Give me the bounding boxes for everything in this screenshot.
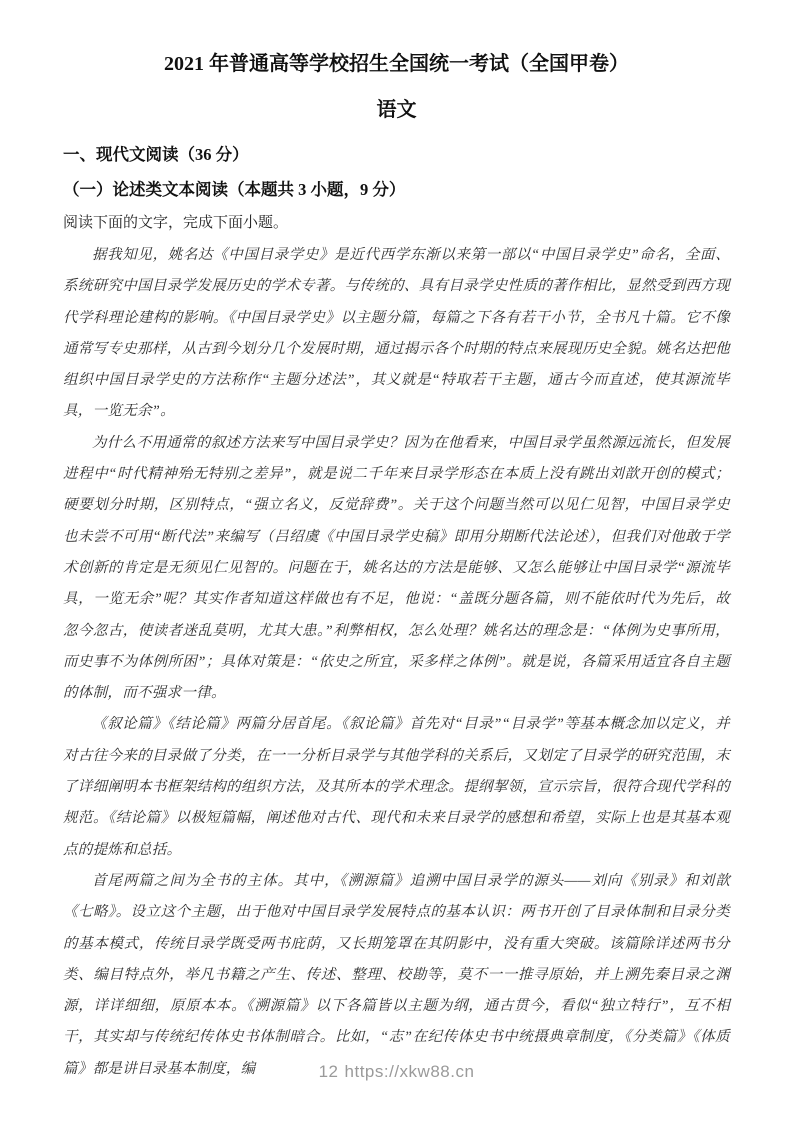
page-number: 12 — [316, 1062, 342, 1081]
passage-paragraph-3: 《叙论篇》《结论篇》两篇分居首尾。《叙论篇》首先对“目录”“目录学”等基本概念加… — [63, 709, 730, 865]
document-subtitle: 语文 — [63, 97, 730, 123]
section-heading-modern-reading: 一、现代文阅读（36 分） — [63, 144, 730, 166]
exam-document-page: 2021 年普通高等学校招生全国统一考试（全国甲卷） 语文 一、现代文阅读（36… — [0, 0, 793, 1122]
subsection-heading-argumentative-reading: （一）论述类文本阅读（本题共 3 小题，9 分） — [63, 179, 730, 201]
passage-paragraph-2: 为什么不用通常的叙述方法来写中国目录学史？因为在他看来，中国目录学虽然源远流长，… — [63, 428, 730, 710]
page-footer: 12https://xkw88.cn — [0, 1062, 793, 1082]
footer-watermark-url: https://xkw88.cn — [342, 1062, 478, 1081]
reading-passage: 据我知见，姚名达《中国目录学史》是近代西学东渐以来第一部以“中国目录学史”命名，… — [63, 240, 730, 1085]
document-title: 2021 年普通高等学校招生全国统一考试（全国甲卷） — [63, 50, 730, 78]
reading-instruction: 阅读下面的文字，完成下面小题。 — [63, 212, 730, 234]
passage-paragraph-4: 首尾两篇之间为全书的主体。其中，《溯源篇》追溯中国目录学的源头——刘向《别录》和… — [63, 866, 730, 1085]
passage-paragraph-1: 据我知见，姚名达《中国目录学史》是近代西学东渐以来第一部以“中国目录学史”命名，… — [63, 240, 730, 428]
